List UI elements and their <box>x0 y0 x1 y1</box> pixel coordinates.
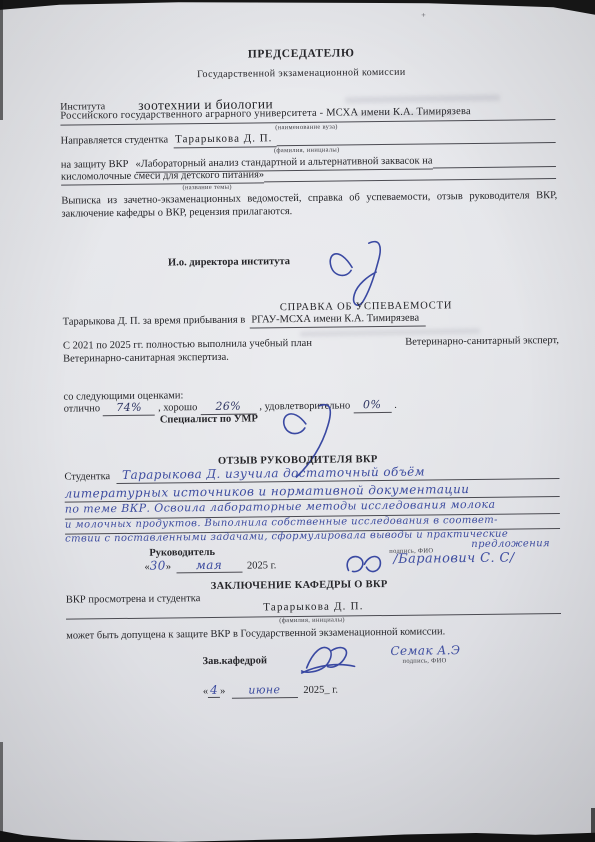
umr-label: Специалист по УМР <box>160 413 258 426</box>
student-line-label: Направляется студентка <box>61 134 169 148</box>
dept-head-label: Зав.кафедрой <box>202 655 267 668</box>
corner-dust-mark: + <box>421 11 426 20</box>
review-student-label: Студентка <box>64 471 110 484</box>
photo-edge-left <box>0 0 3 120</box>
supervisor-date-year: 2025 г. <box>247 560 277 573</box>
progress-student-prefix: Тарарыкова Д. П. за время прибывания в <box>63 315 246 329</box>
date-quote-close: » <box>220 686 225 698</box>
dept-head-sign-caption: подпись, ФИО <box>403 657 447 665</box>
document-content: + ПРЕДСЕДАТЕЛЮ Государственной экзаменац… <box>0 0 595 842</box>
conclusion-title: ЗАКЛЮЧЕНИЕ КАФЕДРЫ О ВКР <box>2 577 595 596</box>
supervisor-date-month: мая <box>176 558 242 574</box>
date-quote-close: » <box>166 561 171 573</box>
scanned-page: + ПРЕДСЕДАТЕЛЮ Государственной экзаменац… <box>0 0 595 842</box>
director-label: И.о. директора института <box>168 256 290 270</box>
dept-date-month: июне <box>231 684 297 699</box>
plan-text-left: С 2021 по 2025 гг. полностью выполнила у… <box>63 338 312 353</box>
plan-text-right: Ветеринарно-санитарный эксперт, <box>405 335 559 349</box>
blank-line <box>276 130 555 147</box>
supervisor-signature <box>341 551 387 581</box>
dept-head-signature <box>298 643 356 681</box>
grade-satisf-value: 0% <box>353 399 391 413</box>
committee-subtitle: Государственной экзаменационной комиссии <box>0 65 595 84</box>
grade-excellent-label: отлично <box>64 403 101 416</box>
conclusion-statement: может быть допущена к защите ВКР в Госуд… <box>66 626 445 643</box>
grade-excellent-value: 74% <box>103 402 155 417</box>
addressee-title: ПРЕДСЕДАТЕЛЮ <box>0 45 595 65</box>
thesis-caption: (название темы) <box>127 183 287 192</box>
review-handwritten-line: предложения <box>471 538 550 551</box>
conclusion-caption: (фамилия, инициалы) <box>212 616 412 626</box>
attachments-paragraph: Выписка из зачетно-экзаменационных ведом… <box>61 190 557 221</box>
photo-edge-left <box>0 742 3 842</box>
student-caption: (фамилия, инициалы) <box>207 146 407 156</box>
blank-line <box>264 166 556 183</box>
dept-date-year: 2025_ г. <box>303 685 338 698</box>
supervisor-sign-name: /Баранович С. С/ <box>393 551 514 568</box>
progress-university: РГАУ-МСХА имени К.А. Тимирязева <box>249 313 425 329</box>
dept-date-day: 4 <box>208 683 220 698</box>
photo-edge-right <box>591 808 595 842</box>
dept-head-sign-name: Семак А.Э <box>390 643 460 658</box>
supervisor-date-day: 30 <box>150 559 166 573</box>
plan-text-line2: Ветеринарно-санитарная экспертиза. <box>63 352 229 366</box>
grade-good-label: , хорошо <box>158 402 197 415</box>
student-name: Тарарыкова Д. П. <box>173 132 276 148</box>
grades-line-end: . <box>394 400 397 412</box>
